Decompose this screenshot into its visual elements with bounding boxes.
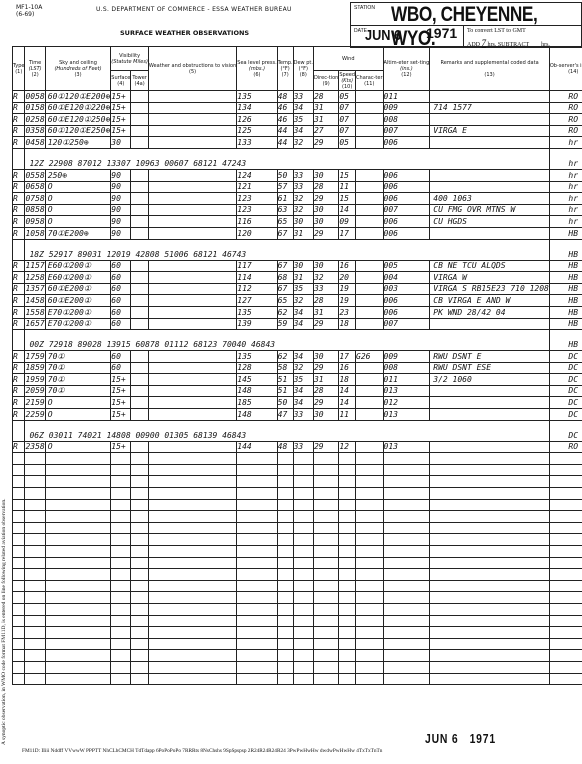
dewpoint-cell: 32 xyxy=(293,362,313,374)
empty-cell xyxy=(356,580,384,592)
empty-cell xyxy=(13,661,25,673)
pressure-cell: 144 xyxy=(237,441,277,453)
empty-cell xyxy=(383,522,430,534)
empty-cell xyxy=(111,522,131,534)
altimeter-cell: 005 xyxy=(383,260,430,272)
empty-cell xyxy=(549,592,582,604)
empty-cell xyxy=(383,638,430,650)
temp-cell: 47 xyxy=(277,409,293,421)
empty-cell xyxy=(549,499,582,511)
empty-cell xyxy=(13,673,25,685)
visibility-tower-cell xyxy=(131,441,149,453)
table-body: R005860①120①E200⊕15+13548332805011ROR015… xyxy=(13,91,582,685)
empty-cell xyxy=(549,453,582,465)
col-pressure: Sea level press.(mbs.)(6) xyxy=(237,47,277,91)
empty-cell xyxy=(356,522,384,534)
empty-cell xyxy=(339,650,356,662)
type-cell: R xyxy=(13,351,25,363)
wind-direction-cell: 30 xyxy=(313,204,338,216)
department-heading: U.S. DEPARTMENT OF COMMERCE - ESSA WEATH… xyxy=(96,6,292,13)
empty-cell xyxy=(313,546,338,558)
dewpoint-cell: 35 xyxy=(293,114,313,126)
wind-direction-cell: 27 xyxy=(313,125,338,137)
empty-cell xyxy=(339,546,356,558)
wind-speed-cell: 14 xyxy=(339,204,356,216)
weather-cell xyxy=(148,204,236,216)
empty-row xyxy=(13,673,582,685)
empty-cell xyxy=(25,650,45,662)
empty-cell xyxy=(339,476,356,488)
table-row: R1657E70①200①6013959342918007HB xyxy=(13,318,582,330)
sky-ceiling-cell: E70①200① xyxy=(45,306,111,318)
type-cell: R xyxy=(13,114,25,126)
empty-cell xyxy=(111,638,131,650)
empty-cell xyxy=(148,499,236,511)
dewpoint-cell: 33 xyxy=(293,91,313,103)
empty-cell xyxy=(313,603,338,615)
wind-direction-cell: 29 xyxy=(313,397,338,409)
empty-cell xyxy=(339,464,356,476)
wind-speed-cell: 09 xyxy=(339,216,356,228)
remarks-cell xyxy=(430,114,550,126)
weather-cell xyxy=(148,91,236,103)
empty-cell xyxy=(131,488,149,500)
wind-character-cell xyxy=(356,91,384,103)
sky-ceiling-cell: 60①E120①250⊕ xyxy=(45,114,111,126)
empty-cell xyxy=(430,464,550,476)
empty-cell xyxy=(148,534,236,546)
empty-cell xyxy=(313,488,338,500)
weather-cell xyxy=(148,362,236,374)
wind-character-cell xyxy=(356,295,384,307)
empty-cell xyxy=(339,580,356,592)
empty-cell xyxy=(131,673,149,685)
empty-cell xyxy=(313,499,338,511)
altimeter-cell: 013 xyxy=(383,441,430,453)
wind-speed-cell: 15 xyxy=(339,193,356,205)
sky-ceiling-cell: 70① xyxy=(45,385,111,397)
time-cell: 2159 xyxy=(25,397,45,409)
type-cell: R xyxy=(13,397,25,409)
wind-character-cell xyxy=(356,181,384,193)
visibility-tower-cell xyxy=(131,306,149,318)
pressure-cell: 135 xyxy=(237,91,277,103)
wind-character-cell xyxy=(356,397,384,409)
empty-row xyxy=(13,569,582,581)
empty-cell xyxy=(549,627,582,639)
visibility-surface-cell: 15+ xyxy=(111,397,131,409)
empty-cell xyxy=(549,557,582,569)
temp-cell: 62 xyxy=(277,351,293,363)
type-cell: R xyxy=(13,260,25,272)
empty-cell xyxy=(131,557,149,569)
col-temp: Temp.(°F)(7) xyxy=(277,47,293,91)
col-wind-direction: Direc-tion(9) xyxy=(313,71,338,91)
table-row: R195970①15+145513531180113/2 1060DC xyxy=(13,374,582,386)
weather-cell xyxy=(148,181,236,193)
wind-character-cell xyxy=(356,374,384,386)
empty-cell xyxy=(25,673,45,685)
sky-ceiling-cell: E60①200① xyxy=(45,272,111,284)
time-cell: 0958 xyxy=(25,216,45,228)
empty-cell xyxy=(277,627,293,639)
form-number: MF1-10A xyxy=(16,4,42,11)
sky-ceiling-cell: O xyxy=(45,216,111,228)
empty-cell xyxy=(430,453,550,465)
table-row: R175970①6013562343017G26009RWU DSNT EDC xyxy=(13,351,582,363)
visibility-tower-cell xyxy=(131,125,149,137)
type-cell: R xyxy=(13,137,25,149)
table-row: R105870①E200⊕9012067312917006HB xyxy=(13,227,582,239)
observer-initials: DC xyxy=(549,397,582,409)
empty-cell xyxy=(339,453,356,465)
remarks-cell xyxy=(430,169,550,181)
empty-cell xyxy=(430,592,550,604)
empty-cell xyxy=(293,615,313,627)
empty-cell xyxy=(25,534,45,546)
empty-cell xyxy=(277,522,293,534)
empty-cell xyxy=(277,603,293,615)
visibility-surface-cell: 90 xyxy=(111,193,131,205)
empty-cell xyxy=(430,569,550,581)
empty-cell xyxy=(45,453,111,465)
empty-cell xyxy=(111,661,131,673)
weather-cell xyxy=(148,374,236,386)
visibility-tower-cell xyxy=(131,283,149,295)
empty-cell xyxy=(13,534,25,546)
empty-cell xyxy=(339,488,356,500)
remarks-cell xyxy=(430,441,550,453)
empty-cell xyxy=(148,627,236,639)
empty-cell xyxy=(293,499,313,511)
empty-cell xyxy=(111,534,131,546)
empty-cell xyxy=(45,580,111,592)
observations-table: Type(1) Time(LST)(2) Sky and ceiling(Hun… xyxy=(12,46,582,685)
observer-initials: HB xyxy=(549,272,582,284)
dewpoint-cell: 32 xyxy=(293,137,313,149)
empty-cell xyxy=(277,511,293,523)
date-stamp: JUN 6 1971 xyxy=(425,731,496,746)
empty-cell xyxy=(25,453,45,465)
empty-cell xyxy=(293,522,313,534)
empty-cell xyxy=(25,522,45,534)
empty-cell xyxy=(277,638,293,650)
empty-cell xyxy=(25,627,45,639)
empty-cell xyxy=(549,511,582,523)
wind-direction-cell: 31 xyxy=(313,306,338,318)
empty-cell xyxy=(13,546,25,558)
temp-cell: 48 xyxy=(277,441,293,453)
table-row: R0758O9012361322915006400 1063hr xyxy=(13,193,582,205)
empty-cell xyxy=(293,580,313,592)
wind-speed-cell: 05 xyxy=(339,91,356,103)
observer-initials: RO xyxy=(549,441,582,453)
empty-cell xyxy=(293,569,313,581)
empty-cell xyxy=(383,546,430,558)
synoptic-code: 06Z 03011 74021 14808 00900 01305 68139 … xyxy=(25,420,549,441)
visibility-surface-cell: 60 xyxy=(111,260,131,272)
station-box: STATION WBO, CHEYENNE, WYO. DATE JUN 6 1… xyxy=(350,2,582,48)
time-cell: 1357 xyxy=(25,283,45,295)
visibility-tower-cell xyxy=(131,204,149,216)
empty-cell xyxy=(13,627,25,639)
visibility-tower-cell xyxy=(131,362,149,374)
empty-cell xyxy=(293,511,313,523)
sky-ceiling-cell: O xyxy=(45,397,111,409)
sky-ceiling-cell: O xyxy=(45,181,111,193)
altimeter-cell: 011 xyxy=(383,374,430,386)
wind-character-cell xyxy=(356,125,384,137)
sky-ceiling-cell: 70① xyxy=(45,374,111,386)
empty-cell xyxy=(383,592,430,604)
empty-cell xyxy=(293,464,313,476)
empty-cell xyxy=(277,546,293,558)
table-row: R2259O15+14847333011013DC xyxy=(13,409,582,421)
empty-cell xyxy=(111,615,131,627)
table-row: R005860①120①E200⊕15+13548332805011RO xyxy=(13,91,582,103)
visibility-tower-cell xyxy=(131,397,149,409)
col-weather: Weather and obstructions to vision(5) xyxy=(148,47,236,91)
visibility-surface-cell: 60 xyxy=(111,306,131,318)
empty-cell xyxy=(430,499,550,511)
dewpoint-cell: 33 xyxy=(293,169,313,181)
empty-cell xyxy=(111,627,131,639)
sky-ceiling-cell: 70① xyxy=(45,351,111,363)
wind-direction-cell: 28 xyxy=(313,181,338,193)
empty-cell xyxy=(45,499,111,511)
empty-cell xyxy=(237,627,277,639)
table-row: R0658O9012157332811006hr xyxy=(13,181,582,193)
empty-cell xyxy=(430,522,550,534)
synoptic-code: 12Z 22908 87012 13307 10963 00607 68121 … xyxy=(25,148,549,169)
empty-cell xyxy=(131,464,149,476)
temp-cell: 62 xyxy=(277,306,293,318)
table-row: R185970①6012858322916008RWU DSNT ESEDC xyxy=(13,362,582,374)
remarks-cell: RWU DSNT ESE xyxy=(430,362,550,374)
visibility-surface-cell: 15+ xyxy=(111,102,131,114)
col-sky: Sky and ceiling(Hundreds of Feet)(3) xyxy=(45,47,111,91)
visibility-surface-cell: 90 xyxy=(111,216,131,228)
wind-speed-cell: 07 xyxy=(339,114,356,126)
empty-cell xyxy=(131,627,149,639)
dewpoint-cell: 34 xyxy=(293,102,313,114)
wind-direction-cell: 32 xyxy=(313,272,338,284)
temp-cell: 67 xyxy=(277,227,293,239)
observer-initials: hr xyxy=(549,169,582,181)
temp-cell: 65 xyxy=(277,295,293,307)
sky-ceiling-cell: E70①200① xyxy=(45,318,111,330)
table-row: R0458120①250⊕3013344322905006hr xyxy=(13,137,582,149)
remarks-cell xyxy=(430,137,550,149)
table-row: R205970①15+14851342814013DC xyxy=(13,385,582,397)
type-cell: R xyxy=(13,193,25,205)
wind-direction-cell: 31 xyxy=(313,114,338,126)
weather-cell xyxy=(148,385,236,397)
empty-cell xyxy=(356,511,384,523)
pressure-cell: 123 xyxy=(237,204,277,216)
sky-ceiling-cell: 60①120①E200⊕ xyxy=(45,91,111,103)
empty-cell xyxy=(356,499,384,511)
altimeter-cell: 006 xyxy=(383,193,430,205)
weather-cell xyxy=(148,409,236,421)
remarks-cell xyxy=(430,181,550,193)
empty-cell xyxy=(237,453,277,465)
weather-cell xyxy=(148,125,236,137)
table-row: R035860①120①E250⊕15+12544342707007VIRGA … xyxy=(13,125,582,137)
wind-direction-cell: 28 xyxy=(313,385,338,397)
empty-cell xyxy=(356,592,384,604)
dewpoint-cell: 32 xyxy=(293,204,313,216)
sky-ceiling-cell: 120①250⊕ xyxy=(45,137,111,149)
temp-cell: 46 xyxy=(277,102,293,114)
form-title: SURFACE WEATHER OBSERVATIONS xyxy=(120,29,249,37)
empty-cell xyxy=(356,615,384,627)
empty-cell xyxy=(25,615,45,627)
empty-cell xyxy=(131,569,149,581)
empty-cell xyxy=(339,661,356,673)
pressure-cell: 125 xyxy=(237,125,277,137)
dewpoint-cell: 33 xyxy=(293,181,313,193)
dewpoint-cell: 31 xyxy=(293,272,313,284)
type-cell: R xyxy=(13,102,25,114)
observer-initials: hr xyxy=(549,193,582,205)
year-value: 1971 xyxy=(426,25,457,41)
empty-cell xyxy=(277,499,293,511)
empty-cell xyxy=(277,453,293,465)
synoptic-row: 18Z 52917 89031 12019 42808 51006 68121 … xyxy=(13,239,582,260)
type-cell: R xyxy=(13,181,25,193)
empty-cell xyxy=(313,476,338,488)
table-header: Type(1) Time(LST)(2) Sky and ceiling(Hun… xyxy=(13,47,582,91)
empty-cell xyxy=(25,464,45,476)
empty-cell xyxy=(45,464,111,476)
empty-cell xyxy=(111,557,131,569)
wind-direction-cell: 28 xyxy=(313,91,338,103)
col-visibility: Visibility(Statute Miles) xyxy=(111,47,149,71)
empty-cell xyxy=(313,557,338,569)
weather-cell xyxy=(148,397,236,409)
empty-cell xyxy=(383,511,430,523)
weather-cell xyxy=(148,318,236,330)
weather-cell xyxy=(148,283,236,295)
empty-cell xyxy=(13,511,25,523)
visibility-surface-cell: 15+ xyxy=(111,441,131,453)
type-cell: R xyxy=(13,441,25,453)
observer-initials: DC xyxy=(549,351,582,363)
empty-cell xyxy=(237,661,277,673)
empty-cell xyxy=(237,464,277,476)
empty-cell xyxy=(549,673,582,685)
wind-direction-cell: 30 xyxy=(313,409,338,421)
empty-cell xyxy=(356,464,384,476)
visibility-surface-cell: 30 xyxy=(111,137,131,149)
time-cell: 0158 xyxy=(25,102,45,114)
sky-ceiling-cell: 250⊕ xyxy=(45,169,111,181)
empty-cell xyxy=(111,592,131,604)
visibility-surface-cell: 15+ xyxy=(111,91,131,103)
altimeter-cell: 008 xyxy=(383,362,430,374)
wind-direction-cell: 31 xyxy=(313,374,338,386)
wind-character-cell xyxy=(356,102,384,114)
empty-row xyxy=(13,661,582,673)
empty-cell xyxy=(237,511,277,523)
empty-cell xyxy=(383,603,430,615)
wind-speed-cell: 16 xyxy=(339,362,356,374)
empty-cell xyxy=(293,534,313,546)
empty-cell xyxy=(383,650,430,662)
empty-cell xyxy=(45,592,111,604)
pressure-cell: 124 xyxy=(237,169,277,181)
empty-cell xyxy=(277,464,293,476)
pressure-cell: 116 xyxy=(237,216,277,228)
empty-cell xyxy=(313,650,338,662)
weather-cell xyxy=(148,260,236,272)
time-cell: 0658 xyxy=(25,181,45,193)
empty-cell xyxy=(356,673,384,685)
empty-cell xyxy=(237,580,277,592)
observer-initials: HB xyxy=(549,227,582,239)
empty-cell xyxy=(111,580,131,592)
altimeter-cell: 009 xyxy=(383,102,430,114)
empty-cell xyxy=(148,603,236,615)
empty-cell xyxy=(13,476,25,488)
altimeter-cell: 006 xyxy=(383,169,430,181)
wind-character-cell: G26 xyxy=(356,351,384,363)
dewpoint-cell: 30 xyxy=(293,260,313,272)
altimeter-cell: 008 xyxy=(383,114,430,126)
empty-cell xyxy=(549,638,582,650)
wind-speed-cell: 17 xyxy=(339,351,356,363)
empty-cell xyxy=(313,627,338,639)
empty-cell xyxy=(383,627,430,639)
time-cell: 0058 xyxy=(25,91,45,103)
weather-cell xyxy=(148,351,236,363)
remarks-cell: CU HGDS xyxy=(430,216,550,228)
empty-cell xyxy=(45,557,111,569)
empty-cell xyxy=(111,511,131,523)
observer-initials: hr xyxy=(549,181,582,193)
wind-character-cell xyxy=(356,204,384,216)
empty-cell xyxy=(13,499,25,511)
sky-ceiling-cell: 60①E200① xyxy=(45,283,111,295)
remarks-cell: CU FMG OVR MTNS W xyxy=(430,204,550,216)
empty-row xyxy=(13,499,582,511)
remarks-cell: PK WND 28/42 04 xyxy=(430,306,550,318)
wind-character-cell xyxy=(356,216,384,228)
observer-initials: HB xyxy=(549,306,582,318)
type-cell: R xyxy=(13,385,25,397)
empty-cell xyxy=(430,650,550,662)
type-cell: R xyxy=(13,374,25,386)
visibility-tower-cell xyxy=(131,351,149,363)
station-label: STATION xyxy=(354,5,375,11)
weather-cell xyxy=(148,272,236,284)
visibility-surface-cell: 60 xyxy=(111,362,131,374)
visibility-surface-cell: 60 xyxy=(111,351,131,363)
empty-cell xyxy=(148,557,236,569)
visibility-surface-cell: 15+ xyxy=(111,125,131,137)
observer-initials: DC xyxy=(549,420,582,441)
convert-instruction: To convert LST to GMT xyxy=(467,28,526,34)
empty-cell xyxy=(277,569,293,581)
empty-cell xyxy=(356,488,384,500)
empty-cell xyxy=(430,557,550,569)
altimeter-cell: 006 xyxy=(383,306,430,318)
wind-direction-cell: 30 xyxy=(313,216,338,228)
empty-cell xyxy=(13,615,25,627)
visibility-surface-cell: 15+ xyxy=(111,385,131,397)
empty-cell xyxy=(356,476,384,488)
